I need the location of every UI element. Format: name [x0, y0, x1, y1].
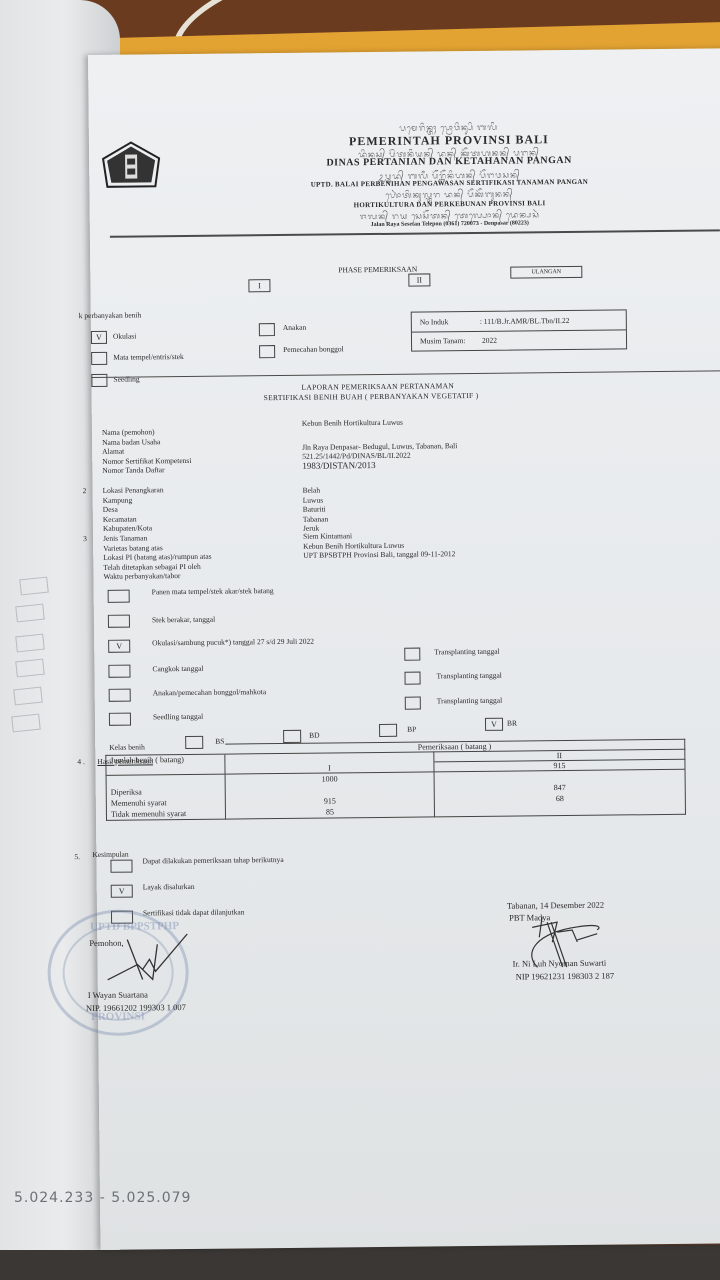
conclusion-heading: Kesimpulan: [92, 850, 128, 859]
desk-surface: [0, 1245, 720, 1280]
report-title-1: LAPORAN PEMERIKSAAN PERTANAMAN: [301, 381, 454, 392]
option-label: Okulasi: [113, 332, 136, 341]
conclusion-option: Sertifikasi tidak dapat dilanjutkan: [143, 907, 245, 917]
document-page: ᬧᬫᬾᬭᬶᬦ᭄ᬢᬄ ᬧ᭄ᬭᭀᬯᬶᬦ᭄ᬲᬶ ᬩᬮᬶ PEMERINTAH PROV…: [88, 48, 720, 1250]
timing-label: Cangkok tanggal: [152, 664, 203, 674]
handwritten-number-range: 5.024.233 - 5.025.079: [14, 1190, 191, 1206]
applicant-name: I Wayan Suartana: [88, 989, 148, 1000]
section-number: 2: [83, 486, 87, 496]
applicant-values: Kebun Benih Hortikultura Luwus Jln Raya …: [302, 417, 458, 471]
checkbox-pemecahan-bonggol[interactable]: [259, 345, 275, 358]
checkbox-bd[interactable]: [283, 730, 301, 743]
option-label: Pemecahan bonggol: [283, 344, 344, 354]
seed-class-option: BD: [309, 731, 320, 740]
applicant-signature-icon: [97, 929, 198, 990]
timing-label: Anakan/pemecahan bonggol/mahkota: [153, 687, 267, 697]
no-induk-label: No Induk: [420, 317, 449, 326]
checkbox-mata-tempel[interactable]: [91, 352, 107, 365]
checkbox-anakan[interactable]: [259, 323, 275, 336]
ulangan-box[interactable]: ULANGAN: [510, 266, 582, 279]
place-date: Tabanan, 14 Desember 2022: [507, 900, 604, 911]
applicant-nip: NIP. 19661202 199303 1 007: [86, 1002, 186, 1013]
section-number: 4 .: [77, 757, 85, 766]
checkbox-stek[interactable]: [108, 615, 130, 628]
option-label: Mata tempel/entris/stek: [113, 352, 184, 362]
section-number: 3: [83, 534, 87, 544]
report-title-2: SERTIFIKASI BENIH BUAH ( PERBANYAKAN VEG…: [264, 391, 479, 402]
plant-values: Siem Kintamani Kebun Benih Hortikultura …: [303, 530, 455, 560]
checkbox-transplanting[interactable]: [404, 672, 420, 685]
officer-nip: NIP 19621231 198303 2 187: [516, 971, 614, 982]
results-table: Pemeriksaan ( batang ) Jumlah benih ( ba…: [105, 739, 686, 821]
transplanting-label: Transplanting tanggal: [437, 696, 502, 706]
ghost-checkbox: [15, 659, 45, 678]
seed-class-option: BR: [507, 719, 517, 728]
checkbox-seedling-date[interactable]: [109, 713, 131, 726]
header-rule: [110, 229, 720, 237]
conclusion-option: Layak disalurkan: [143, 882, 195, 892]
timing-label: Panen mata tempel/stek akar/stek batang: [152, 586, 274, 596]
checkbox-bp[interactable]: [379, 724, 397, 737]
conclusion-option: Dapat dilakukan pemeriksaan tahap beriku…: [142, 855, 283, 865]
ghost-checkbox: [15, 604, 45, 623]
section-number: 5.: [74, 852, 80, 861]
ghost-checkbox: [19, 577, 49, 596]
checkbox-next-stage[interactable]: [110, 860, 132, 873]
checkbox-anakan-bonggol[interactable]: [109, 689, 131, 702]
checkbox-seedling[interactable]: [91, 374, 107, 387]
checkbox-cangkok[interactable]: [108, 665, 130, 678]
checkbox-br[interactable]: V: [485, 718, 503, 731]
plant-labels: Jenis Tanaman Varietas batang atas Lokas…: [103, 533, 212, 582]
checkbox-okulasi[interactable]: V: [91, 331, 107, 344]
phase-title: PHASE PEMERIKSAAN: [338, 265, 417, 275]
section-rule: [91, 370, 720, 378]
ghost-checkbox: [11, 714, 41, 733]
checkbox-transplanting[interactable]: [405, 697, 421, 710]
timing-label: Seedling tanggal: [153, 712, 203, 722]
checkbox-panen[interactable]: [108, 590, 130, 603]
officer-name: Ir. Ni Luh Nyoman Suwarti: [512, 958, 606, 969]
musim-tanam-label: Musim Tanam:: [420, 336, 465, 345]
applicant-labels: Nama (pemohon) Nama badan Usaha Alamat N…: [102, 427, 192, 475]
phase-option-box[interactable]: I: [248, 279, 270, 292]
option-label: Anakan: [283, 323, 306, 332]
bali-province-logo-icon: [99, 140, 164, 191]
seed-class-option: BP: [407, 725, 416, 734]
ghost-checkbox: [13, 687, 43, 706]
transplanting-label: Transplanting tanggal: [434, 647, 499, 657]
musim-tanam-value: 2022: [482, 336, 497, 345]
no-induk-value: : 111/B.Jr.AMR/BL.Tbn/II.22: [480, 316, 570, 326]
registry-box: No Induk : 111/B.Jr.AMR/BL.Tbn/II.22 Mus…: [411, 309, 627, 351]
phase-option-box[interactable]: II: [408, 273, 430, 286]
timing-label: Okulasi/sambung pucuk*) tanggal 27 s/d 2…: [152, 637, 314, 648]
checkbox-layak[interactable]: V: [111, 885, 133, 898]
checkbox-transplanting[interactable]: [404, 648, 420, 661]
ghost-checkbox: [15, 634, 45, 653]
location-values: Belah Luwus Baturiti Tabanan Jeruk: [303, 486, 329, 534]
checkbox-okulasi-date[interactable]: V: [108, 640, 130, 653]
timing-label: Stek berakar, tanggal: [152, 615, 215, 625]
location-labels: Lokasi Penangkaran Kampung Desa Kecamata…: [103, 485, 165, 533]
transplanting-label: Transplanting tanggal: [436, 671, 501, 681]
propagation-heading: k perbanyakan benih: [79, 310, 142, 320]
